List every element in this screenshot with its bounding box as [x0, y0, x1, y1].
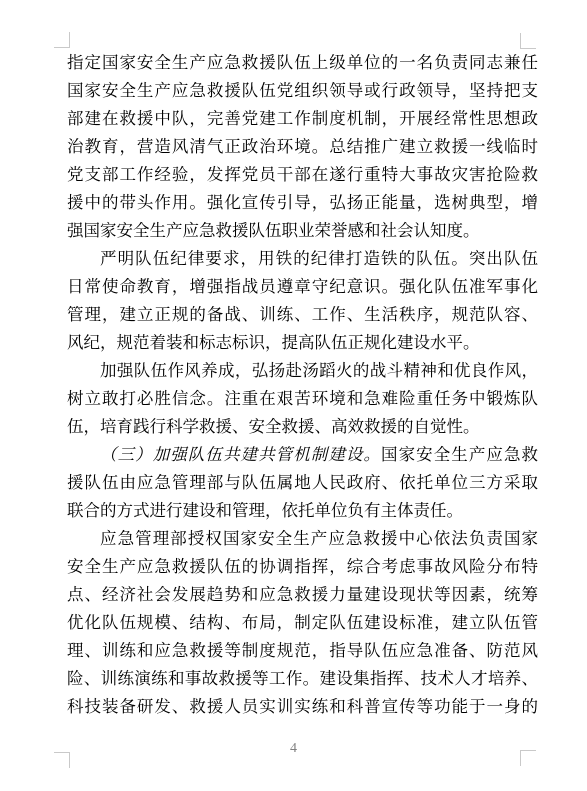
- text-line: 联合的方式进行建设和管理，依托单位负有主体责任。: [67, 497, 538, 525]
- text-run: 国家安全生产应急救: [381, 446, 538, 464]
- text-run: 治教育，营造风清气正政治环境。总结推广建立救援一线临时: [67, 138, 538, 156]
- text-line: 强国家安全生产应急救援队伍职业荣誉感和社会认知度。: [67, 217, 538, 245]
- text-run: 科技装备研发、救援人员实训实练和科普宣传等功能于一身的: [67, 698, 538, 716]
- text-line: （三）加强队伍共建共管机制建设。国家安全生产应急救: [67, 441, 538, 469]
- text-line: 部建在救援中队，完善党建工作制度机制，开展经常性思想政: [67, 105, 538, 133]
- text-line: 严明队伍纪律要求，用铁的纪律打造铁的队伍。突出队伍: [67, 245, 538, 273]
- text-line: 点、经济社会发展趋势和应急救援力量建设现状等因素，统筹: [67, 581, 538, 609]
- text-line: 加强队伍作风养成，弘扬赴汤蹈火的战斗精神和优良作风，: [67, 357, 538, 385]
- text-line: 治教育，营造风清气正政治环境。总结推广建立救援一线临时: [67, 133, 538, 161]
- text-line: 险、训练演练和事故救援等工作。建设集指挥、技术人才培养、: [67, 665, 538, 693]
- text-run: 风纪，规范着装和标志标识，提高队伍正规化建设水平。: [67, 334, 480, 352]
- text-run: 优化队伍规模、结构、布局，制定队伍建设标准，建立队伍管: [67, 614, 538, 632]
- text-line: 优化队伍规模、结构、布局，制定队伍建设标准，建立队伍管: [67, 609, 538, 637]
- text-line: 管理，建立正规的备战、训练、工作、生活秩序，规范队容、: [67, 301, 538, 329]
- text-boundary-mark-top-left: [54, 32, 70, 48]
- text-run: 加强队伍作风养成，弘扬赴汤蹈火的战斗精神和优良作风，: [100, 362, 538, 380]
- text-run: 指定国家安全生产应急救援队伍上级单位的一名负责同志兼任: [67, 54, 538, 72]
- document-page: 指定国家安全生产应急救援队伍上级单位的一名负责同志兼任国家安全生产应急救援队伍党…: [0, 0, 587, 791]
- text-run: 援中的带头作用。强化宣传引导，弘扬正能量，选树典型，增: [67, 194, 538, 212]
- text-line: 指定国家安全生产应急救援队伍上级单位的一名负责同志兼任: [67, 49, 538, 77]
- text-run: 安全生产应急救援队伍的协调指挥，综合考虑事故风险分布特: [67, 558, 538, 576]
- text-line: 援中的带头作用。强化宣传引导，弘扬正能量，选树典型，增: [67, 189, 538, 217]
- text-run: 援队伍由应急管理部与队伍属地人民政府、依托单位三方采取: [67, 474, 538, 492]
- text-run: 日常使命教育，增强指战员遵章守纪意识。强化队伍准军事化: [67, 278, 538, 296]
- text-line: 应急管理部授权国家安全生产应急救援中心依法负责国家: [67, 525, 538, 553]
- text-run: 联合的方式进行建设和管理，依托单位负有主体责任。: [67, 502, 463, 520]
- text-line: 伍，培育践行科学救援、安全救援、高效救援的自觉性。: [67, 413, 538, 441]
- text-run: 理、训练和应急救援等制度规范，指导队伍应急准备、防范风: [67, 642, 538, 660]
- text-run: 国家安全生产应急救援队伍党组织领导或行政领导，坚持把支: [67, 82, 538, 100]
- text-run: 管理，建立正规的备战、训练、工作、生活秩序，规范队容、: [67, 306, 538, 324]
- text-line: 日常使命教育，增强指战员遵章守纪意识。强化队伍准军事化: [67, 273, 538, 301]
- page-number: 4: [0, 741, 587, 757]
- document-body: 指定国家安全生产应急救援队伍上级单位的一名负责同志兼任国家安全生产应急救援队伍党…: [67, 49, 538, 721]
- text-run: 点、经济社会发展趋势和应急救援力量建设现状等因素，统筹: [67, 586, 538, 604]
- text-run: 严明队伍纪律要求，用铁的纪律打造铁的队伍。突出队伍: [100, 250, 538, 268]
- text-run: 强国家安全生产应急救援队伍职业荣誉感和社会认知度。: [67, 222, 480, 240]
- text-line: 安全生产应急救援队伍的协调指挥，综合考虑事故风险分布特: [67, 553, 538, 581]
- text-line: 理、训练和应急救援等制度规范，指导队伍应急准备、防范风: [67, 637, 538, 665]
- text-run: 树立敢打必胜信念。注重在艰苦环境和急难险重任务中锻炼队: [67, 390, 538, 408]
- text-run: 险、训练演练和事故救援等工作。建设集指挥、技术人才培养、: [67, 670, 538, 688]
- text-line: 风纪，规范着装和标志标识，提高队伍正规化建设水平。: [67, 329, 538, 357]
- text-run: 应急管理部授权国家安全生产应急救援中心依法负责国家: [100, 530, 538, 548]
- text-line: 树立敢打必胜信念。注重在艰苦环境和急难险重任务中锻炼队: [67, 385, 538, 413]
- text-line: 科技装备研发、救援人员实训实练和科普宣传等功能于一身的: [67, 693, 538, 721]
- text-line: 国家安全生产应急救援队伍党组织领导或行政领导，坚持把支: [67, 77, 538, 105]
- text-run: 党支部工作经验，发挥党员干部在遂行重特大事故灾害抢险救: [67, 166, 538, 184]
- text-line: 援队伍由应急管理部与队伍属地人民政府、依托单位三方采取: [67, 469, 538, 497]
- text-run: 部建在救援中队，完善党建工作制度机制，开展经常性思想政: [67, 110, 538, 128]
- kaiti-heading-run: （三）加强队伍共建共管机制建设。: [100, 446, 381, 464]
- text-boundary-mark-top-right: [520, 33, 536, 49]
- text-line: 党支部工作经验，发挥党员干部在遂行重特大事故灾害抢险救: [67, 161, 538, 189]
- text-run: 伍，培育践行科学救援、安全救援、高效救援的自觉性。: [67, 418, 480, 436]
